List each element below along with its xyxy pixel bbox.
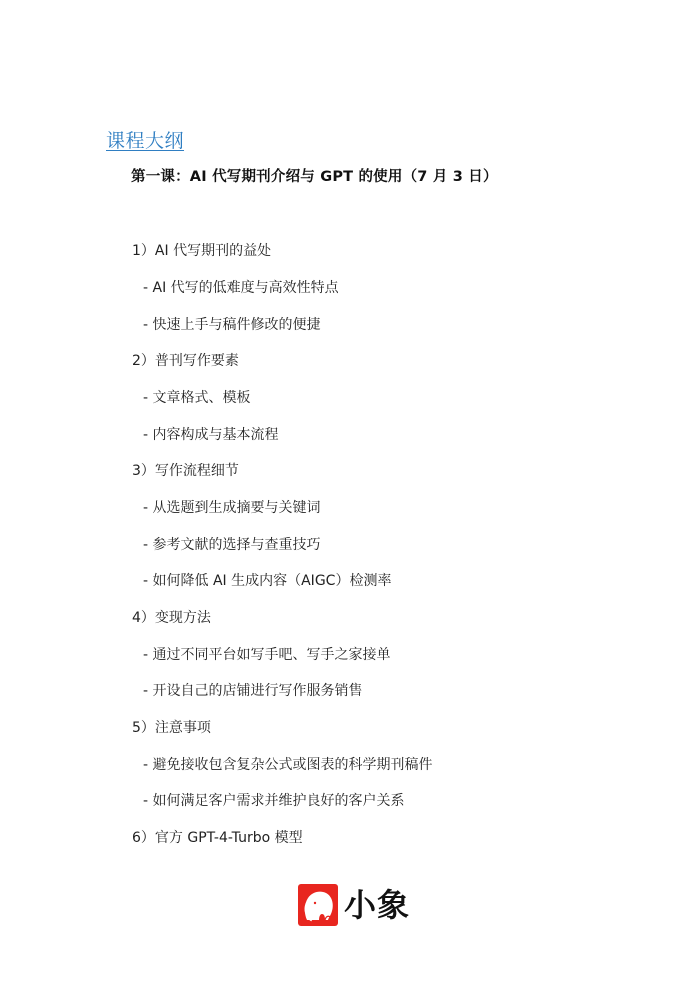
- brand-logo: 小象: [298, 884, 410, 926]
- list-item: - 内容构成与基本流程: [143, 425, 279, 445]
- list-item: - 参考文献的选择与查重技巧: [143, 535, 321, 555]
- section-1: 1）AI 代写期刊的益处: [132, 241, 271, 261]
- list-item: - 如何降低 AI 生成内容（AIGC）检测率: [143, 571, 391, 591]
- list-item: - 从选题到生成摘要与关键词: [143, 498, 321, 518]
- list-item: - 文章格式、模板: [143, 388, 251, 408]
- section-3: 3）写作流程细节: [132, 461, 239, 481]
- list-item: - 快速上手与稿件修改的便捷: [143, 315, 321, 335]
- brand-name: 小象: [344, 884, 410, 926]
- section-6: 6）官方 GPT-4-Turbo 模型: [132, 828, 303, 848]
- section-5: 5）注意事项: [132, 718, 211, 738]
- section-4: 4）变现方法: [132, 608, 211, 628]
- list-item: - 避免接收包含复杂公式或图表的科学期刊稿件: [143, 755, 433, 775]
- outline-title[interactable]: 课程大纲: [106, 127, 184, 155]
- list-item: - 开设自己的店铺进行写作服务销售: [143, 681, 363, 701]
- lesson-title: 第一课：AI 代写期刊介绍与 GPT 的使用（7 月 3 日）: [131, 166, 498, 188]
- list-item: - 通过不同平台如写手吧、写手之家接单: [143, 645, 391, 665]
- list-item: - AI 代写的低难度与高效性特点: [143, 278, 339, 298]
- elephant-icon: [298, 884, 338, 926]
- list-item: - 如何满足客户需求并维护良好的客户关系: [143, 791, 405, 811]
- section-2: 2）普刊写作要素: [132, 351, 239, 371]
- document-page: 课程大纲 第一课：AI 代写期刊介绍与 GPT 的使用（7 月 3 日） 1）A…: [0, 0, 700, 991]
